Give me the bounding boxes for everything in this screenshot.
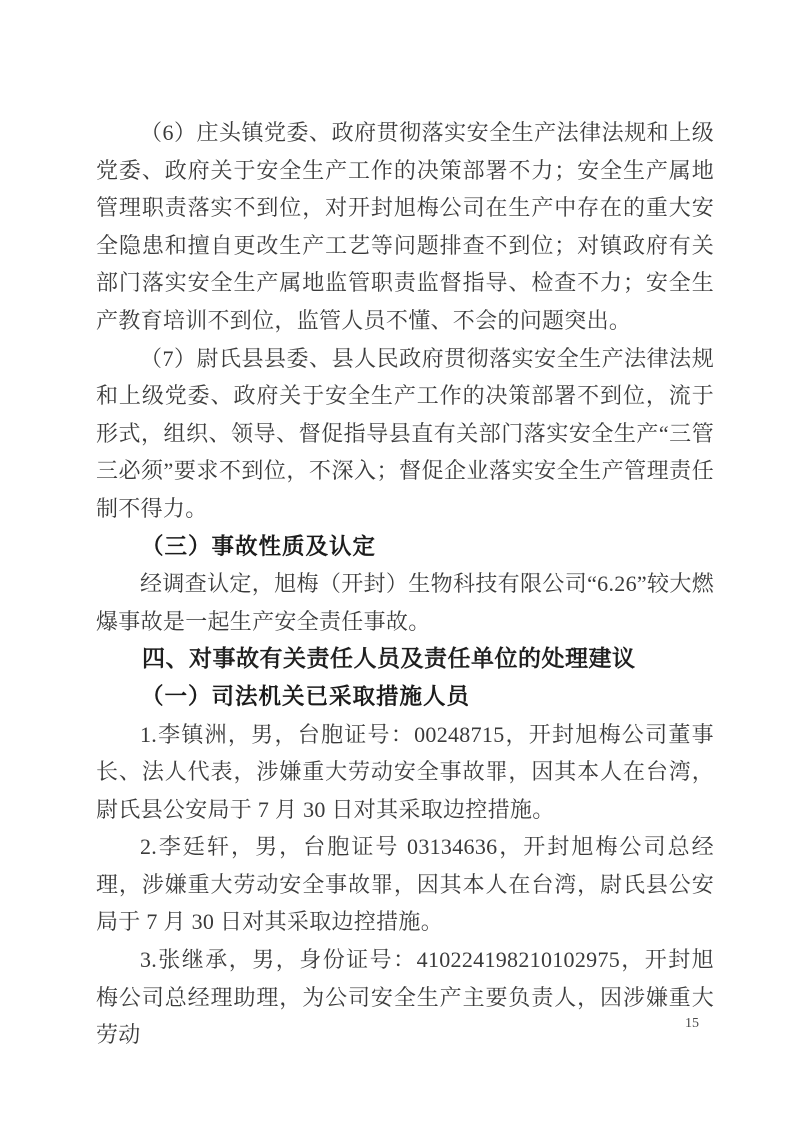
paragraph-person-3-zhang-jicheng: 3.张继承，男，身份证号：410224198210102975，开封旭梅公司总经… <box>96 941 714 1054</box>
heading-judicial-measures-personnel: （一）司法机关已采取措施人员 <box>96 678 714 716</box>
heading-handling-recommendations: 四、对事故有关责任人员及责任单位的处理建议 <box>96 640 714 678</box>
paragraph-item7-county-party-committee: （7）尉氏县县委、县人民政府贯彻落实安全生产法律法规和上级党委、政府关于安全生产… <box>96 340 714 528</box>
paragraph-accident-nature-finding: 经调查认定，旭梅（开封）生物科技有限公司“6.26”较大燃爆事故是一起生产安全责… <box>96 565 714 640</box>
document-page: （6）庄头镇党委、政府贯彻落实安全生产法律法规和上级党委、政府关于安全生产工作的… <box>0 0 796 1122</box>
page-number: 15 <box>680 1016 704 1032</box>
paragraph-person-1-li-zhenzhou: 1.李镇洲，男，台胞证号：00248715，开封旭梅公司董事长、法人代表，涉嫌重… <box>96 716 714 829</box>
heading-accident-nature-and-determination: （三）事故性质及认定 <box>96 528 714 566</box>
paragraph-item6-town-party-committee: （6）庄头镇党委、政府贯彻落实安全生产法律法规和上级党委、政府关于安全生产工作的… <box>96 114 714 340</box>
document-body: （6）庄头镇党委、政府贯彻落实安全生产法律法规和上级党委、政府关于安全生产工作的… <box>96 114 714 1054</box>
paragraph-person-2-li-tingxuan: 2.李廷轩，男，台胞证号 03134636，开封旭梅公司总经理，涉嫌重大劳动安全… <box>96 828 714 941</box>
